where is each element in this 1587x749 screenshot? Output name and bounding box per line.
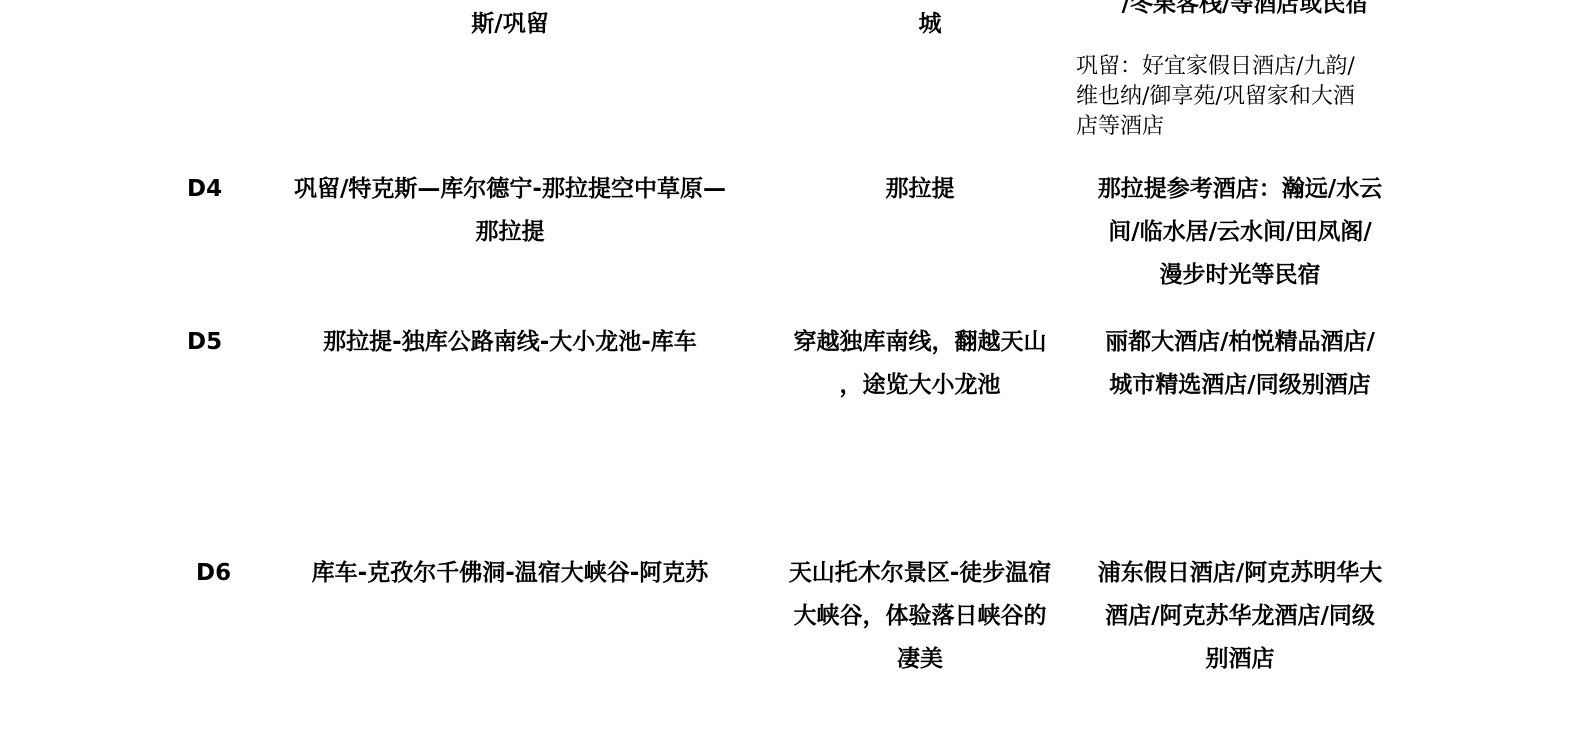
hotel-line: 城市精选酒店/同级别酒店 <box>1070 364 1410 406</box>
hotel-line: 漫步时光等民宿 <box>1070 254 1410 296</box>
route-line: 库车-克孜尔千佛洞-温宿大峡谷-阿克苏 <box>250 552 770 594</box>
description-line: ，途览大小龙池 <box>770 364 1070 406</box>
hotel-gongliu-line-2: 维也纳/御享苑/巩留家和大酒 <box>1076 82 1355 112</box>
hotel-line: 间/临水居/云水间/田凤阁/ <box>1070 211 1410 253</box>
description-line: 大峡谷，体验落日峡谷的 <box>770 595 1070 637</box>
hotel-line: 酒店/阿克苏华龙酒店/同级 <box>1070 595 1410 637</box>
description-line: 那拉提 <box>770 168 1070 210</box>
hotel-line: 那拉提参考酒店：瀚远/水云 <box>1070 168 1410 210</box>
description-cell-tail: 城 <box>880 3 980 45</box>
description-line: 穿越独库南线，翻越天山 <box>770 321 1070 363</box>
description-line: 天山托木尔景区-徒步温宿 <box>770 552 1070 594</box>
hotel-gongliu-line-3: 店等酒店 <box>1076 112 1164 142</box>
hotel-gongliu-line-1: 巩留：好宜家假日酒店/九韵/ <box>1076 52 1355 82</box>
day-label-d4: D4 <box>187 168 222 210</box>
hotel-line: 浦东假日酒店/阿克苏明华大 <box>1070 552 1410 594</box>
hotel-line: 丽都大酒店/柏悦精品酒店/ <box>1070 321 1410 363</box>
route-line: 那拉提-独库公路南线-大小龙池-库车 <box>250 321 770 363</box>
day-label-d6: D6 <box>196 552 231 594</box>
route-cell-tail: 斯/巩留 <box>260 3 760 45</box>
hotel-line: 别酒店 <box>1070 638 1410 680</box>
description-line: 凄美 <box>770 638 1070 680</box>
hotel-cell-tail: /冬果客栈/等酒店或民宿 <box>1075 0 1415 25</box>
route-line: 那拉提 <box>250 211 770 253</box>
day-label-d5: D5 <box>187 321 222 363</box>
route-line: 巩留/特克斯—库尔德宁-那拉提空中草原— <box>250 168 770 210</box>
